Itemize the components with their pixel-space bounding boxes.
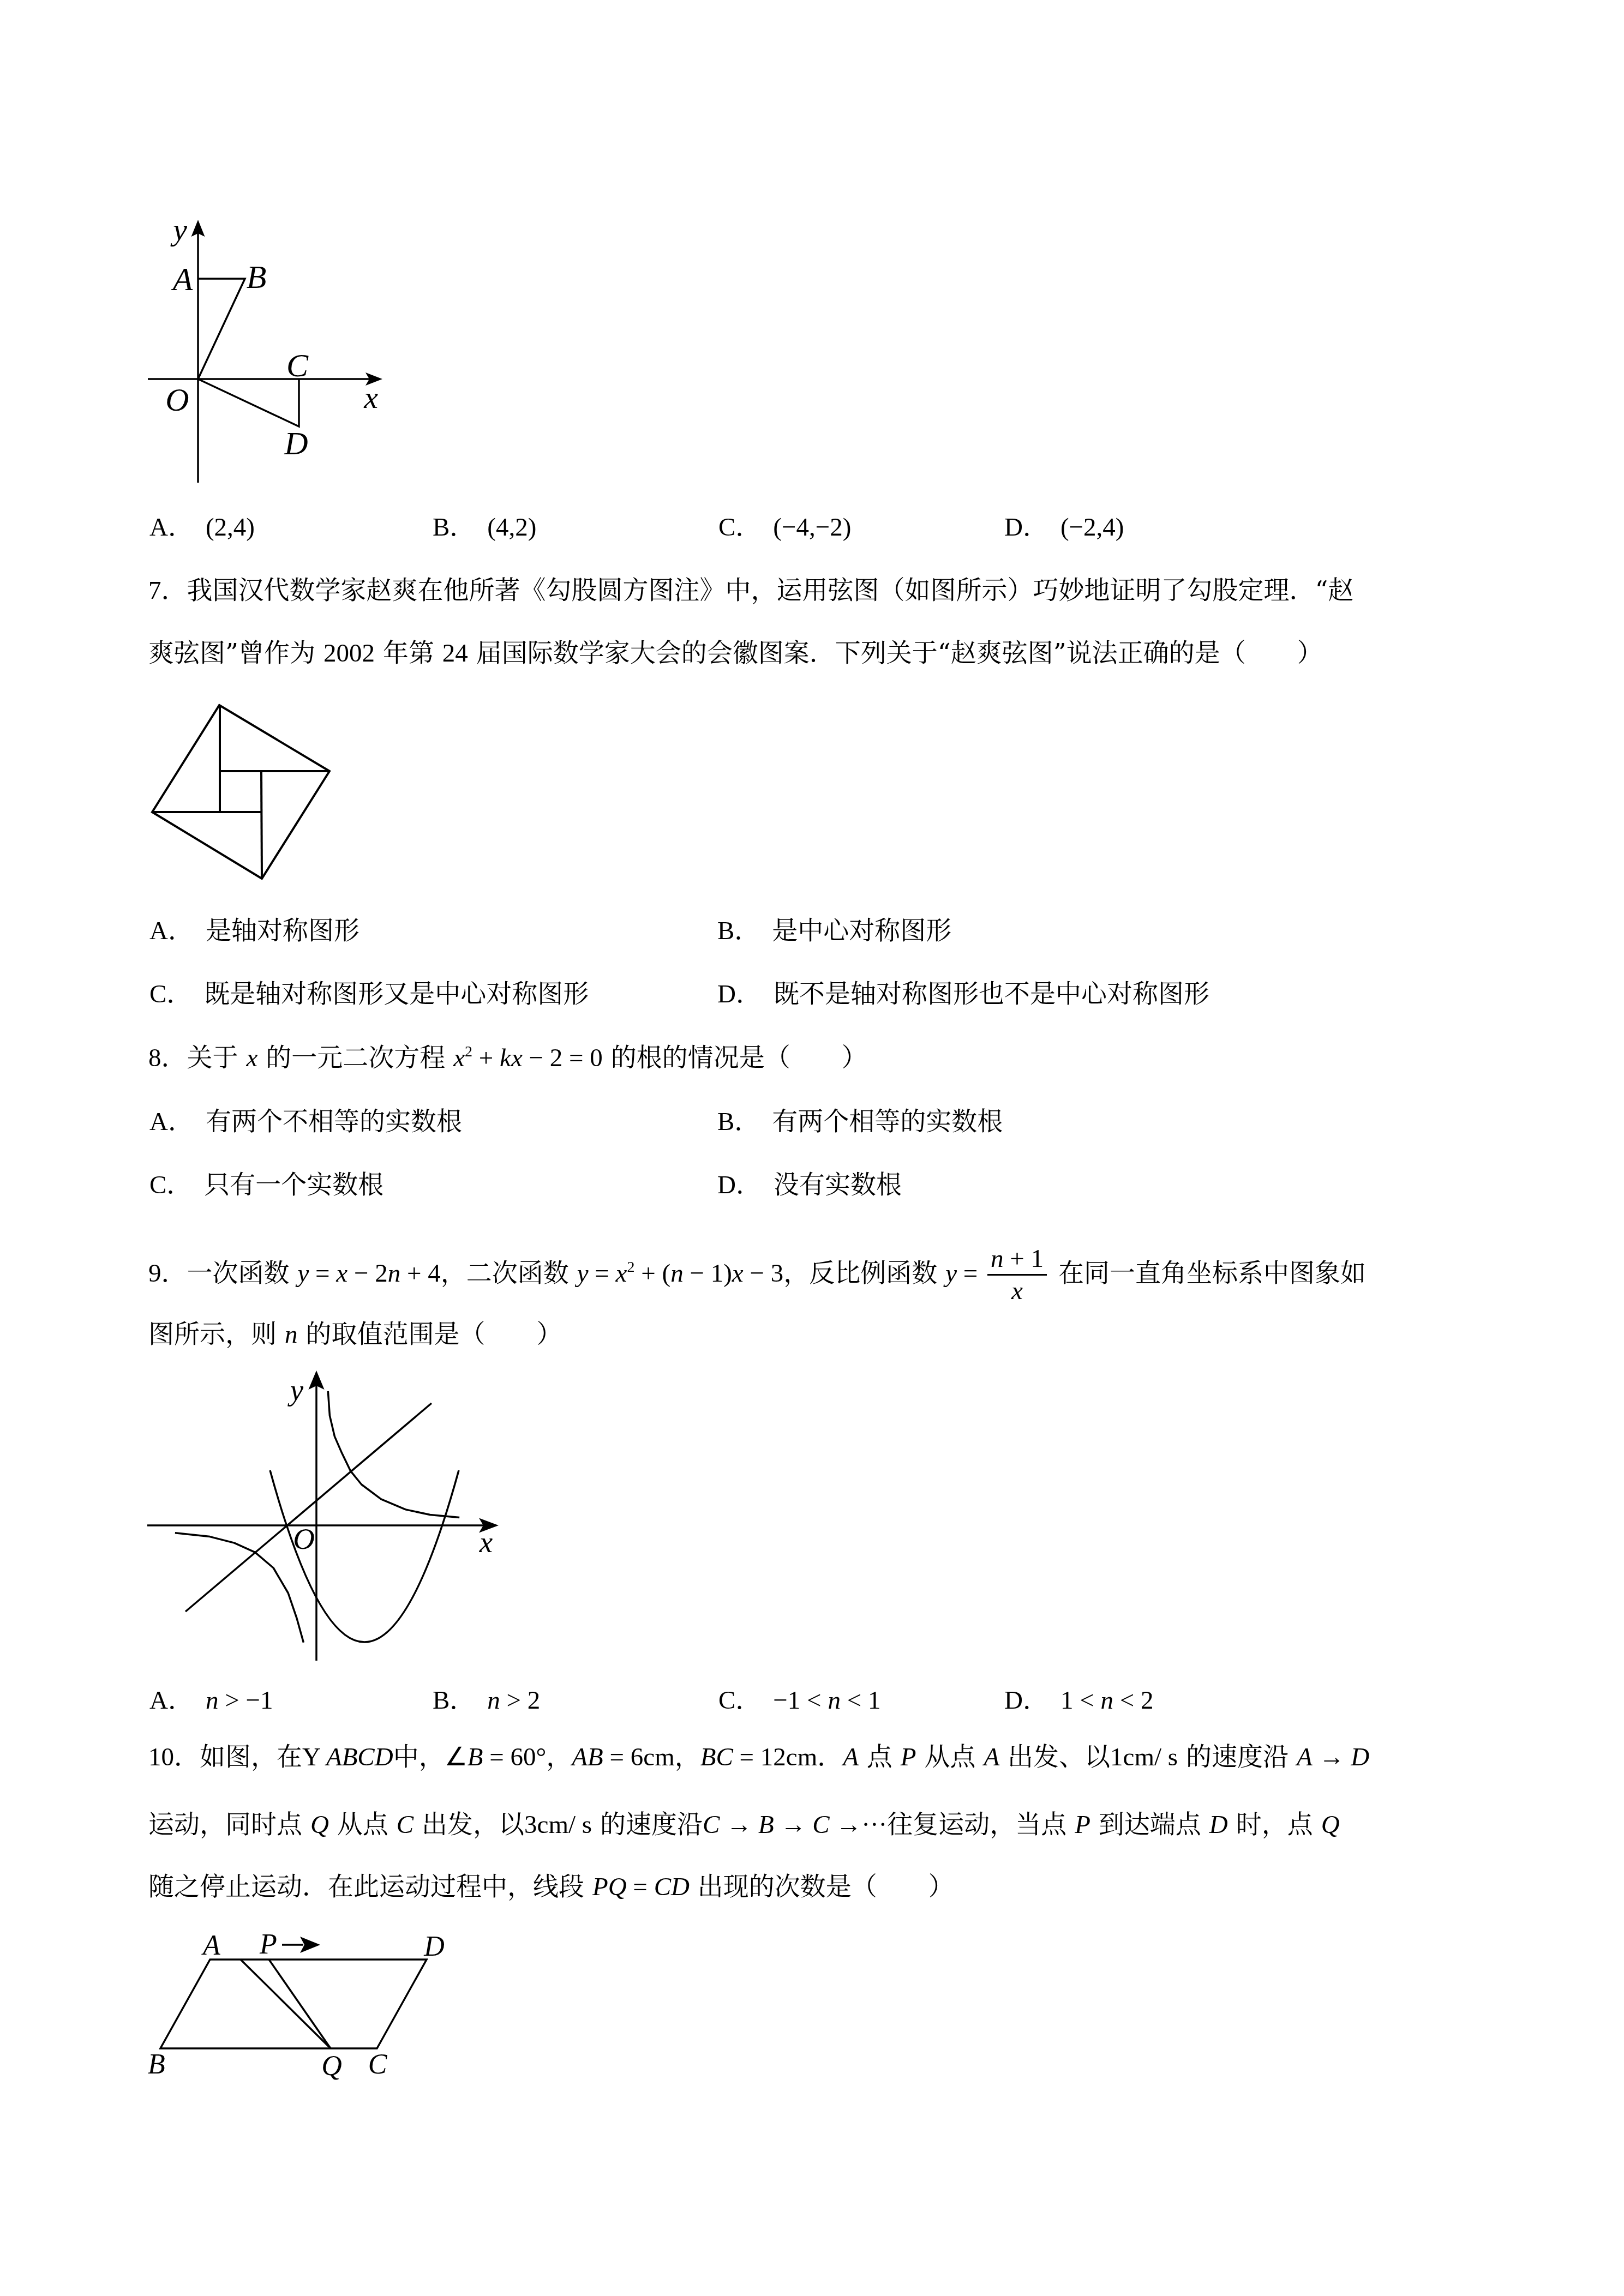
arrow-symbol: → (1313, 1743, 1351, 1771)
q6-option-c: C．(−4,−2) (718, 511, 851, 544)
math-var: x (732, 1259, 744, 1288)
y-axis-label: y (170, 212, 187, 247)
question-number: 9． (148, 1259, 187, 1288)
stem-text: 从点 (329, 1810, 397, 1840)
q8-option-d: D．没有实数根 (717, 1169, 902, 1201)
math-var: n (388, 1259, 401, 1288)
q7-stem-line-1: 7．我国汉代数学家赵爽在他所著《勾股圆方图注》中，运用弦图（如图所示）巧妙地证明… (148, 574, 1354, 607)
math-var: kx (500, 1044, 523, 1072)
q8-option-a: A．有两个不相等的实数根 (149, 1105, 462, 1138)
math-var: C (703, 1811, 720, 1839)
q10-stem-line-2: 运动，同时点 Q 从点 C 出发，以3cm/ s 的速度沿C → B → C →… (148, 1808, 1340, 1841)
math-op: = (589, 1259, 616, 1288)
option-letter: D． (1004, 1686, 1048, 1715)
option-text: 有两个相等的实数根 (772, 1107, 1003, 1137)
outer-square (152, 705, 329, 879)
q10-stem-line-1: 10．如图，在Y ABCD中，∠B = 60°，AB = 6cm，BC = 12… (148, 1741, 1369, 1774)
q9-stem-line-1: 9．一次函数 y = x − 2n + 4，二次函数 y = x2 + (n −… (148, 1243, 1366, 1276)
math-var: n (206, 1686, 219, 1715)
math-op: = 60° (483, 1743, 547, 1771)
option-text: 有两个不相等的实数根 (206, 1107, 462, 1137)
math-var: y (577, 1259, 589, 1288)
stem-text: 的速度沿 (592, 1810, 703, 1840)
option-letter: C． (149, 980, 192, 1008)
arrow-symbol: → (720, 1811, 758, 1839)
q9-stem-line-2: 图所示，则 n 的取值范围是（ ） (148, 1318, 562, 1351)
point-label-a: A (171, 261, 193, 297)
q10-parallelogram-figure: A P D B Q C (147, 1920, 453, 2083)
option-post: < 1 (841, 1686, 881, 1715)
option-letter: A． (149, 1108, 194, 1136)
math-var: A (843, 1743, 859, 1771)
point-label-d: D (423, 1931, 445, 1962)
math-var: x (453, 1044, 465, 1072)
option-value: (−2,4) (1060, 513, 1124, 542)
point-label-d: D (284, 425, 308, 461)
option-text: 既是轴对称图形又是中心对称图形 (204, 979, 589, 1009)
option-value: (4,2) (487, 513, 536, 542)
math-var: D (1351, 1743, 1369, 1771)
option-post: > 2 (500, 1686, 541, 1715)
option-text: 是轴对称图形 (206, 916, 359, 946)
math-op: = (309, 1259, 336, 1288)
q9-option-d: D．1 < n < 2 (1004, 1684, 1153, 1717)
math-var: x (246, 1044, 257, 1072)
stem-text: 点 (859, 1742, 901, 1772)
q6-option-a: A．(2,4) (149, 511, 255, 544)
stem-text: ，反比例函数 (783, 1258, 945, 1288)
triangle-oab (198, 279, 245, 379)
parallelogram-abcd (160, 1960, 427, 2048)
option-letter: B． (433, 1686, 475, 1715)
y-axis-label: y (287, 1373, 304, 1407)
option-letter: D． (717, 1171, 762, 1199)
question-number: 10． (148, 1743, 200, 1771)
stem-text: 在同一直角坐标系中图象如 (1050, 1258, 1366, 1288)
q8-option-b: B．有两个相等的实数根 (717, 1105, 1003, 1138)
stem-text: 运动，同时点 (148, 1810, 310, 1840)
math-exponent: 2 (465, 1043, 472, 1060)
math-fraction: n + 1x (987, 1243, 1047, 1306)
math-op: = (957, 1259, 984, 1288)
q7-zhao-shuang-string-figure (142, 698, 338, 886)
math-var: n (1100, 1686, 1113, 1715)
point-label-q: Q (321, 2051, 342, 2082)
math-var: PQ (592, 1873, 627, 1901)
math-op: + 1 (1004, 1245, 1044, 1273)
point-label-p: P (259, 1929, 277, 1960)
hyperbola-left-branch (175, 1533, 304, 1643)
math-exponent: 2 (627, 1259, 634, 1276)
option-value: (2,4) (206, 513, 255, 542)
option-letter: C． (149, 1171, 192, 1199)
math-var: P (1075, 1811, 1090, 1839)
x-axis-label: x (479, 1525, 493, 1559)
year-number: 2002 (323, 639, 375, 668)
math-op: − 2 (347, 1259, 388, 1288)
point-label-b: B (148, 2049, 165, 2080)
stem-text: 关于 (187, 1043, 247, 1073)
q7-stem-line-2: 爽弦图”曾作为 2002 年第 24 届国际数学家大会的会徽图案．下列关于“赵爽… (148, 637, 1323, 670)
q9-function-graph-figure: y O x (142, 1363, 513, 1669)
math-var: B (468, 1743, 483, 1771)
stem-text: 往复运动，当点 (887, 1810, 1075, 1840)
q8-stem: 8．关于 x 的一元二次方程 x2 + kx − 2 = 0 的根的情况是（ ） (148, 1042, 867, 1074)
math-var: n (487, 1686, 500, 1715)
stem-text: 的取值范围是（ ） (297, 1319, 562, 1349)
stem-text: 一次函数 (187, 1258, 298, 1288)
math-op: − 3 (744, 1259, 784, 1288)
stem-text: ，二次函数 (441, 1258, 577, 1288)
option-post: < 2 (1113, 1686, 1154, 1715)
stem-text: 图所示，则 (148, 1319, 285, 1349)
option-letter: B． (717, 917, 760, 945)
origin-label: O (165, 382, 189, 418)
exam-page: y A B C O x D A．(2,4) B．(4,2) C．(−4,−2) … (0, 0, 1624, 2296)
option-letter: D． (1004, 513, 1048, 542)
math-op: = 12cm (733, 1743, 817, 1771)
fraction-denominator: x (1011, 1276, 1023, 1306)
math-var: CD (654, 1873, 690, 1901)
option-letter: C． (718, 513, 761, 542)
inner-line-3 (261, 771, 262, 879)
point-label-c: C (368, 2049, 388, 2080)
angle-symbol: ∠ (445, 1743, 468, 1771)
segment-pq (269, 1960, 331, 2048)
arrow-symbol: →··· (830, 1811, 888, 1839)
math-op: + ( (634, 1259, 670, 1288)
math-var: n (285, 1320, 298, 1349)
math-var: x (336, 1259, 347, 1288)
stem-text: 爽弦图”曾作为 (148, 638, 323, 668)
stem-text: 出现的次数是（ ） (690, 1872, 954, 1902)
option-text: 没有实数根 (774, 1170, 902, 1200)
math-op: = (627, 1873, 654, 1901)
math-var: y (297, 1259, 309, 1288)
stem-text: 时，点 (1228, 1810, 1321, 1840)
q7-option-a: A．是轴对称图形 (149, 915, 359, 947)
math-var: P (901, 1743, 916, 1771)
stem-text: 的一元二次方程 (257, 1043, 453, 1073)
math-var: D (1209, 1811, 1228, 1839)
hyperbola-right-branch (328, 1391, 459, 1518)
option-letter: B． (717, 1108, 760, 1136)
q9-option-b: B．n > 2 (433, 1684, 540, 1717)
congress-number: 24 (442, 639, 468, 668)
point-label-b: B (247, 259, 267, 295)
speed-value: 3cm/ s (524, 1811, 592, 1839)
q8-option-c: C．只有一个实数根 (149, 1169, 383, 1201)
option-letter: C． (718, 1686, 761, 1715)
q10-stem-line-3: 随之停止运动．在此运动过程中，线段 PQ = CD 出现的次数是（ ） (148, 1871, 954, 1903)
origin-label: O (293, 1522, 315, 1555)
stem-text: 如图，在 (200, 1742, 302, 1772)
option-value: (−4,−2) (773, 513, 851, 542)
quadratic-parabola (270, 1470, 459, 1642)
q6-option-b: B．(4,2) (433, 511, 536, 544)
option-letter: A． (149, 917, 194, 945)
math-op: + (472, 1044, 500, 1072)
stem-text: 随之停止运动．在此运动过程中，线段 (148, 1872, 592, 1902)
math-var: B (758, 1811, 774, 1839)
stem-text: 出发，以 (414, 1810, 524, 1840)
stem-text: 到达端点 (1090, 1810, 1209, 1840)
arrow-symbol: → (774, 1811, 813, 1839)
math-var: BC (700, 1743, 733, 1771)
option-pre: −1 < (773, 1686, 828, 1715)
point-label-a: A (201, 1930, 220, 1961)
math-var: Q (310, 1811, 329, 1839)
fraction-numerator: n + 1 (987, 1243, 1047, 1276)
segment-to-q-1 (241, 1960, 331, 2048)
q7-option-d: D．既不是轴对称图形也不是中心对称图形 (717, 978, 1209, 1011)
math-var: x (616, 1259, 627, 1288)
stem-text: 的根的情况是（ ） (603, 1043, 867, 1073)
stem-text: 届国际数学家大会的会徽图案．下列关于“赵爽弦图”说法正确的是（ ） (468, 638, 1323, 668)
q9-option-c: C．−1 < n < 1 (718, 1684, 880, 1717)
parallelogram-symbol: Y (302, 1743, 326, 1771)
math-var: AB (572, 1743, 603, 1771)
math-var: n (828, 1686, 841, 1715)
stem-text: ， (546, 1742, 572, 1772)
question-number: 7． (148, 576, 187, 605)
math-op: = 6cm (603, 1743, 675, 1771)
math-var: ABCD (326, 1743, 393, 1771)
math-var: n (670, 1259, 684, 1288)
option-letter: A． (149, 513, 194, 542)
stem-text: ， (675, 1742, 700, 1772)
math-op: − 1) (684, 1259, 732, 1288)
stem-text: 的速度沿 (1178, 1742, 1297, 1772)
option-pre: 1 < (1060, 1686, 1101, 1715)
stem-text: 年第 (375, 638, 442, 668)
q6-coordinate-figure: y A B C O x D (136, 207, 398, 491)
q9-option-a: A．n > −1 (149, 1684, 273, 1717)
math-var: C (397, 1811, 414, 1839)
question-number: 8． (148, 1044, 187, 1072)
option-text: 是中心对称图形 (772, 916, 951, 946)
option-letter: A． (149, 1686, 194, 1715)
q6-option-d: D．(−2,4) (1004, 511, 1124, 544)
point-label-c: C (286, 347, 309, 383)
math-var: C (812, 1811, 829, 1839)
math-var: y (945, 1259, 957, 1288)
option-letter: D． (717, 980, 762, 1008)
option-text: 既不是轴对称图形也不是中心对称图形 (774, 979, 1209, 1009)
math-var: Q (1321, 1811, 1340, 1839)
stem-text: 我国汉代数学家赵爽在他所著《勾股圆方图注》中，运用弦图（如图所示）巧妙地证明了勾… (187, 575, 1354, 605)
q7-option-c: C．既是轴对称图形又是中心对称图形 (149, 978, 589, 1011)
q7-option-b: B．是中心对称图形 (717, 915, 951, 947)
speed-value: 1cm/ s (1110, 1743, 1178, 1771)
math-var: A (984, 1743, 999, 1771)
option-letter: B． (433, 513, 475, 542)
math-var: n (991, 1245, 1004, 1273)
option-text: 只有一个实数根 (204, 1170, 383, 1200)
triangle-ocd (198, 379, 299, 426)
stem-text: ． (817, 1742, 843, 1772)
math-op: − 2 = 0 (523, 1044, 603, 1072)
stem-text: 出发、以 (999, 1742, 1110, 1772)
stem-text: 从点 (916, 1742, 984, 1772)
math-op: + 4 (400, 1259, 441, 1288)
math-var: A (1297, 1743, 1313, 1771)
x-axis-label: x (363, 380, 378, 415)
option-post: > −1 (218, 1686, 273, 1715)
stem-text: 中， (393, 1742, 445, 1772)
